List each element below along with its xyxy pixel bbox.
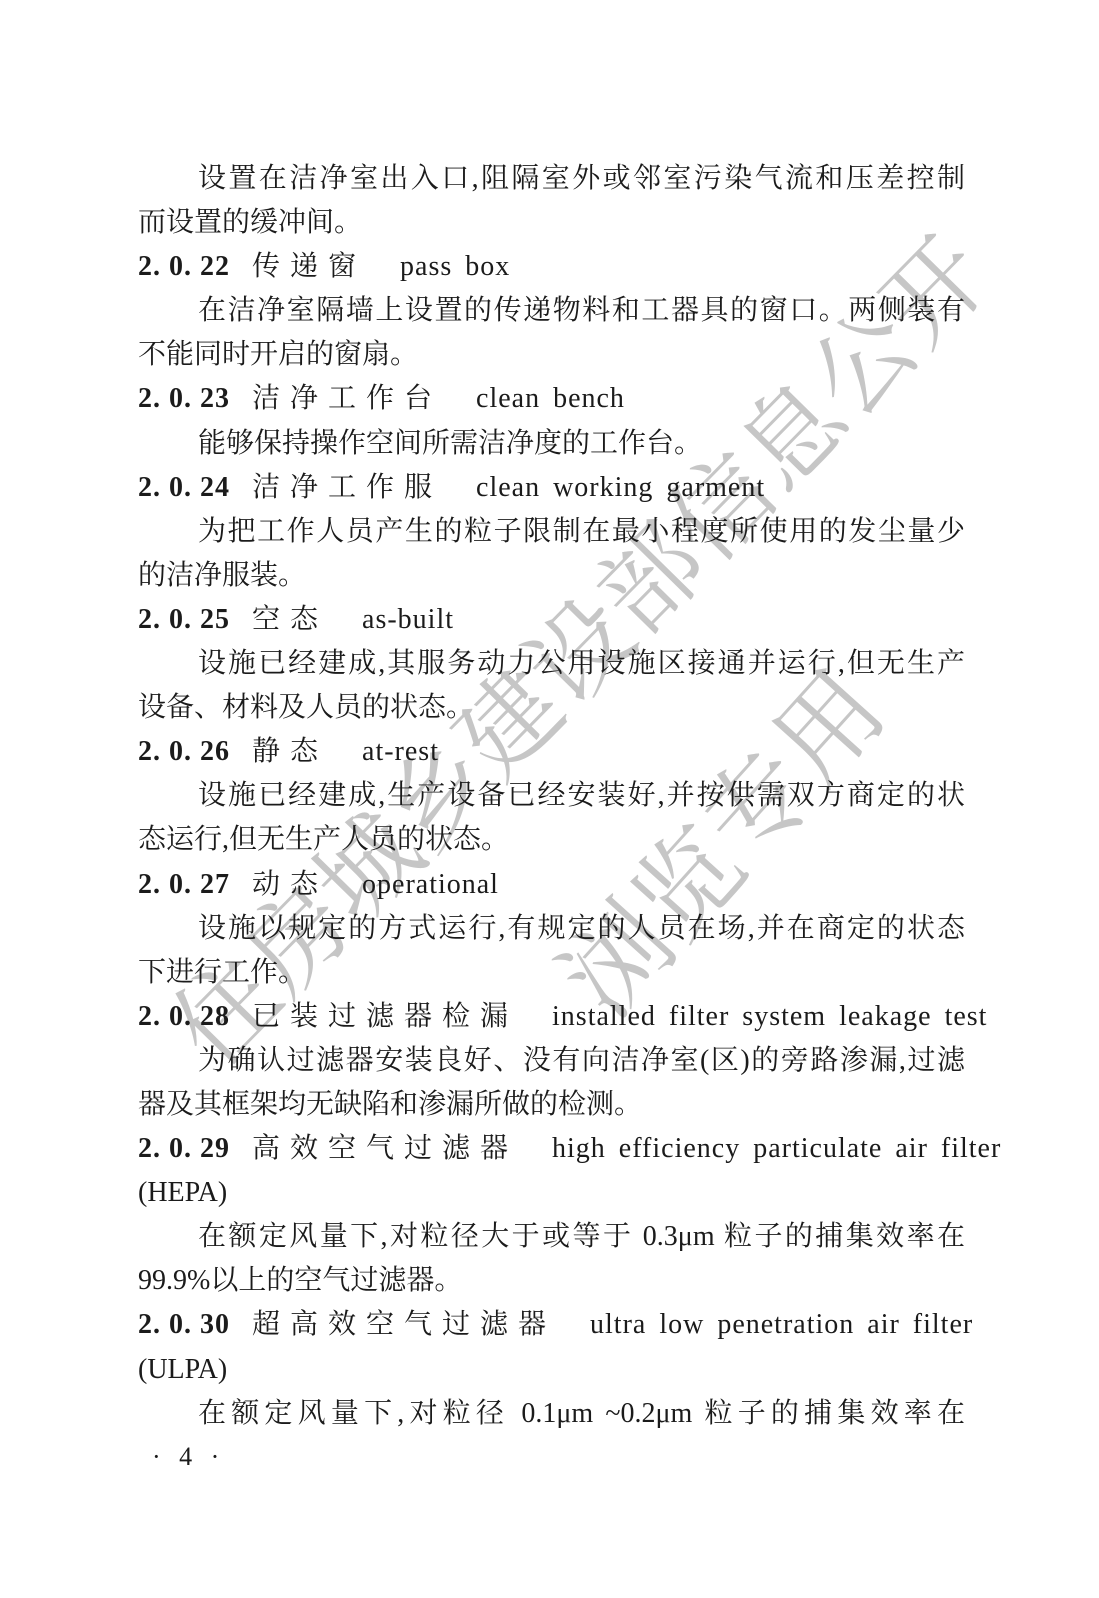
- term-definition-line: 2. 0. 25空态as-built: [138, 598, 965, 642]
- term-number: 2. 0. 29: [138, 1133, 230, 1164]
- term-number: 2. 0. 25: [138, 604, 230, 635]
- term-chinese: 空态: [252, 604, 328, 635]
- term-english: clean bench: [476, 383, 625, 414]
- term-number: 2. 0. 24: [138, 472, 230, 503]
- body-text-line: (ULPA): [138, 1348, 965, 1392]
- term-english: operational: [362, 869, 499, 900]
- term-chinese: 超高效空气过滤器: [252, 1309, 556, 1340]
- body-text-line: 不能同时开启的窗扇。: [138, 333, 965, 377]
- body-text-line: 设置在洁净室出入口,阻隔室外或邻室污染气流和压差控制: [138, 157, 965, 201]
- term-english: clean working garment: [476, 472, 765, 503]
- term-definition-line: 2. 0. 24洁净工作服clean working garment: [138, 466, 965, 510]
- body-text-line: 为把工作人员产生的粒子限制在最小程度所使用的发尘量少: [138, 510, 965, 554]
- term-definition-line: 2. 0. 27动态operational: [138, 863, 965, 907]
- term-number: 2. 0. 22: [138, 251, 230, 282]
- term-chinese: 传递窗: [252, 251, 366, 282]
- term-english: high efficiency particulate air filter: [552, 1133, 1001, 1164]
- term-chinese: 洁净工作服: [252, 472, 442, 503]
- body-text-line: 为确认过滤器安装良好、没有向洁净室(区)的旁路渗漏,过滤: [138, 1039, 965, 1083]
- body-text-line: 设备、材料及人员的状态。: [138, 686, 965, 730]
- body-text-line: 而设置的缓冲间。: [138, 201, 965, 245]
- term-english: ultra low penetration air filter: [590, 1309, 973, 1340]
- term-definition-line: 2. 0. 30超高效空气过滤器ultra low penetration ai…: [138, 1303, 965, 1347]
- document-body: 设置在洁净室出入口,阻隔室外或邻室污染气流和压差控制而设置的缓冲间。2. 0. …: [138, 157, 965, 1436]
- body-text-line: 态运行,但无生产人员的状态。: [138, 818, 965, 862]
- body-text-line: 能够保持操作空间所需洁净度的工作台。: [138, 422, 965, 466]
- term-number: 2. 0. 27: [138, 869, 230, 900]
- term-definition-line: 2. 0. 28已装过滤器检漏installed filter system l…: [138, 995, 965, 1039]
- term-definition-line: 2. 0. 29高效空气过滤器high efficiency particula…: [138, 1127, 965, 1171]
- body-text-line: 下进行工作。: [138, 951, 965, 995]
- term-english: pass box: [400, 251, 510, 282]
- term-chinese: 已装过滤器检漏: [252, 1001, 518, 1032]
- term-chinese: 洁净工作台: [252, 383, 442, 414]
- body-text-line: 器及其框架均无缺陷和渗漏所做的检测。: [138, 1083, 965, 1127]
- term-number: 2. 0. 26: [138, 736, 230, 767]
- term-number: 2. 0. 30: [138, 1309, 230, 1340]
- term-chinese: 动态: [252, 869, 328, 900]
- term-definition-line: 2. 0. 23洁净工作台clean bench: [138, 377, 965, 421]
- body-text-line: 的洁净服装。: [138, 554, 965, 598]
- term-number: 2. 0. 23: [138, 383, 230, 414]
- scanned-document-page: 住房城乡建设部信息公开 浏览专用 设置在洁净室出入口,阻隔室外或邻室污染气流和压…: [0, 0, 1099, 1598]
- page-number: · 4 ·: [152, 1442, 225, 1472]
- body-text-line: 设施已经建成,其服务动力公用设施区接通并运行,但无生产: [138, 642, 965, 686]
- term-definition-line: 2. 0. 26静态at-rest: [138, 730, 965, 774]
- body-text-line: 99.9%以上的空气过滤器。: [138, 1259, 965, 1303]
- body-text-line: 设施以规定的方式运行,有规定的人员在场,并在商定的状态: [138, 907, 965, 951]
- term-english: installed filter system leakage test: [552, 1001, 987, 1032]
- term-chinese: 静态: [252, 736, 328, 767]
- body-text-line: 设施已经建成,生产设备已经安装好,并按供需双方商定的状: [138, 774, 965, 818]
- term-number: 2. 0. 28: [138, 1001, 230, 1032]
- body-text-line: 在额定风量下,对粒径 0.1μm ~0.2μm 粒子的捕集效率在: [138, 1392, 965, 1436]
- term-english: at-rest: [362, 736, 439, 767]
- term-chinese: 高效空气过滤器: [252, 1133, 518, 1164]
- body-text-line: 在洁净室隔墙上设置的传递物料和工器具的窗口。两侧装有: [138, 289, 965, 333]
- term-english: as-built: [362, 604, 454, 635]
- body-text-line: (HEPA): [138, 1171, 965, 1215]
- body-text-line: 在额定风量下,对粒径大于或等于 0.3μm 粒子的捕集效率在: [138, 1215, 965, 1259]
- term-definition-line: 2. 0. 22传递窗pass box: [138, 245, 965, 289]
